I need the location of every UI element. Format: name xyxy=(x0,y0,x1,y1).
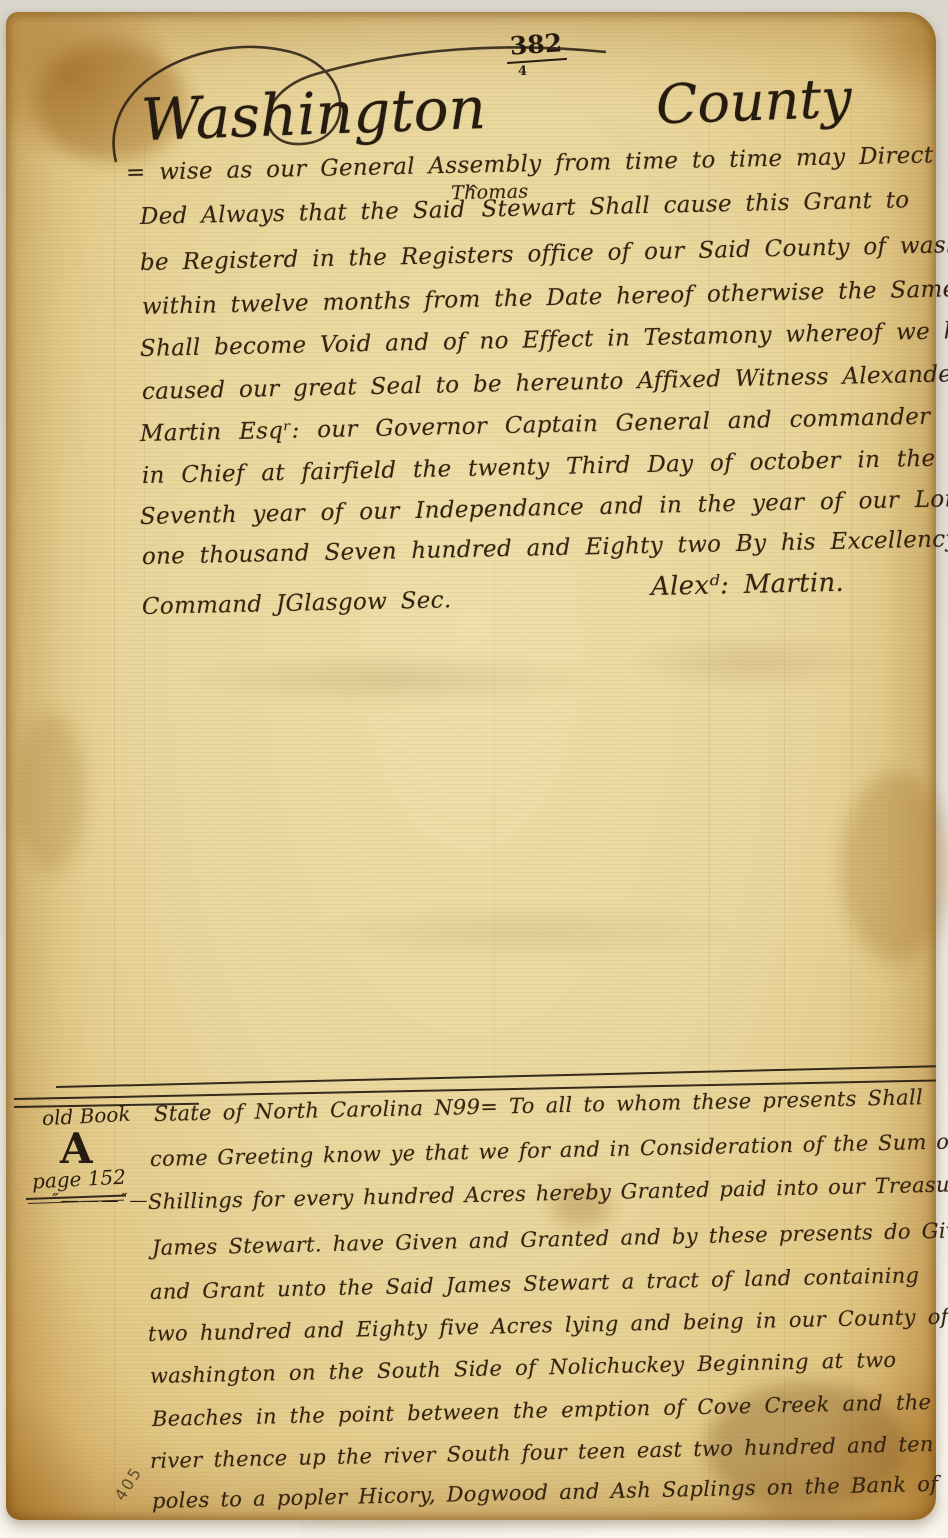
column-rule xyxy=(851,102,852,1502)
line-text: Ded Always that the Said xyxy=(140,197,466,230)
ink-bleedthrough xyxy=(306,902,736,962)
manuscript-line: Shillings for every hundred Acres hereby… xyxy=(148,1171,948,1214)
ink-bleedthrough xyxy=(186,652,606,707)
header-county: County xyxy=(655,67,853,137)
manuscript-line: washington on the South Side of Nolichuc… xyxy=(150,1348,897,1388)
manuscript-line: river thence up the river South four tee… xyxy=(150,1432,934,1473)
column-rule xyxy=(709,102,710,1502)
stain xyxy=(16,712,86,872)
manuscript-line: two hundred and Eighty five Acres lying … xyxy=(148,1305,948,1346)
manuscript-line: caused our great Seal to be hereunto Aff… xyxy=(142,361,948,405)
manuscript-line: poles to a popler Hicory, Dogwood and As… xyxy=(152,1472,939,1513)
manuscript-line: and Grant unto the Said James Stewart a … xyxy=(150,1263,920,1304)
record-divider-line xyxy=(56,1065,936,1088)
manuscript-line: one thousand Seven hundred and Eighty tw… xyxy=(142,526,948,570)
manuscript-line: State of North Carolina N99= To all to w… xyxy=(154,1085,923,1126)
column-rule xyxy=(784,102,785,1502)
column-rule xyxy=(114,142,115,1512)
manuscript-line: Command JGlasgow Sec. xyxy=(142,587,452,620)
insertion: Thomas^ xyxy=(465,207,481,217)
manuscript-paper: 382 4 Washington County = wise as our Ge… xyxy=(6,12,936,1520)
manuscript-line: Seventh year of our Independance and in … xyxy=(140,486,948,530)
page-number-note: 4 xyxy=(518,64,527,79)
page-number: 382 xyxy=(505,28,567,64)
manuscript-line: come Greeting know ye that we for and in… xyxy=(150,1128,948,1171)
margin-ditto-marks: ″———″— xyxy=(52,1190,149,1211)
manuscript-line: James Stewart. have Given and Granted an… xyxy=(152,1218,948,1260)
line-text: Stewart Shall cause this Grant to xyxy=(481,187,909,222)
manuscript-line: Ded Always that the SaidThomas^Stewart S… xyxy=(140,187,910,230)
header-washington: Washington xyxy=(140,74,487,154)
inserted-word: Thomas xyxy=(451,181,529,205)
ink-bleedthrough xyxy=(626,632,876,692)
manuscript-line: Beaches in the point between the emption… xyxy=(152,1390,932,1431)
manuscript-line: in Chief at fairfield the twenty Third D… xyxy=(142,446,936,489)
manuscript-line: Martin Esqʳ: our Governor Captain Genera… xyxy=(140,404,931,447)
manuscript-line: be Registerd in the Registers office of … xyxy=(140,230,948,276)
column-rule xyxy=(494,552,495,1082)
stain xyxy=(841,772,948,962)
manuscript-line: Shall become Void and of no Effect in Te… xyxy=(140,317,948,362)
caret-mark: ^ xyxy=(467,182,480,200)
signature-alexander-martin: Alexᵈ: Martin. xyxy=(651,568,845,602)
margin-pencil-note: 405 xyxy=(111,1463,146,1504)
manuscript-line: within twelve months from the Date hereo… xyxy=(142,276,948,320)
scanned-deed-book-page: { "page": { "number": "382", "number_not… xyxy=(0,0,948,1538)
